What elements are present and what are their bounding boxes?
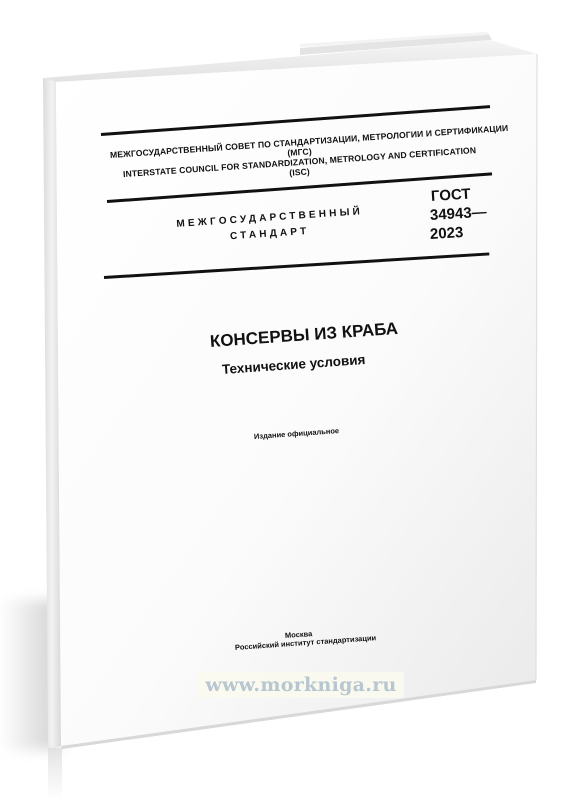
standard-type-line1: МЕЖГОСУДАРСТВЕННЫЙ [160,205,380,231]
publisher: Российский институт стандартизации [235,633,377,652]
book-top-edge [43,40,537,82]
council-ru: МЕЖГОСУДАРСТВЕННЫЙ СОВЕТ ПО СТАНДАРТИЗАЦ… [110,124,490,160]
gost-number: 34943— [429,203,487,225]
document-subtitle: Технические условия [221,352,365,377]
council-en: INTERSTATE COUNCIL FOR STANDARDIZATION, … [110,144,490,180]
book-cover [56,54,537,746]
council-en-abbr: (ISC) [110,154,490,190]
document-title: КОНСЕРВЫ ИЗ КРАБА [209,319,398,352]
title-rule [104,252,489,278]
book-reflection [48,748,62,800]
council-ru-abbr: (МГС) [110,134,490,170]
city: Москва [285,629,313,640]
header-rule [107,172,492,203]
watermark: www.morkniga.ru [198,672,404,698]
gost-label: ГОСТ [430,185,471,206]
edition-label: Издание официальное [254,426,340,441]
standard-type-line2: СТАНДАРТ [160,221,380,247]
gost-year: 2023 [429,223,463,244]
book-shadow [0,600,60,750]
top-rule [101,105,490,136]
back-page-edge [300,33,492,55]
